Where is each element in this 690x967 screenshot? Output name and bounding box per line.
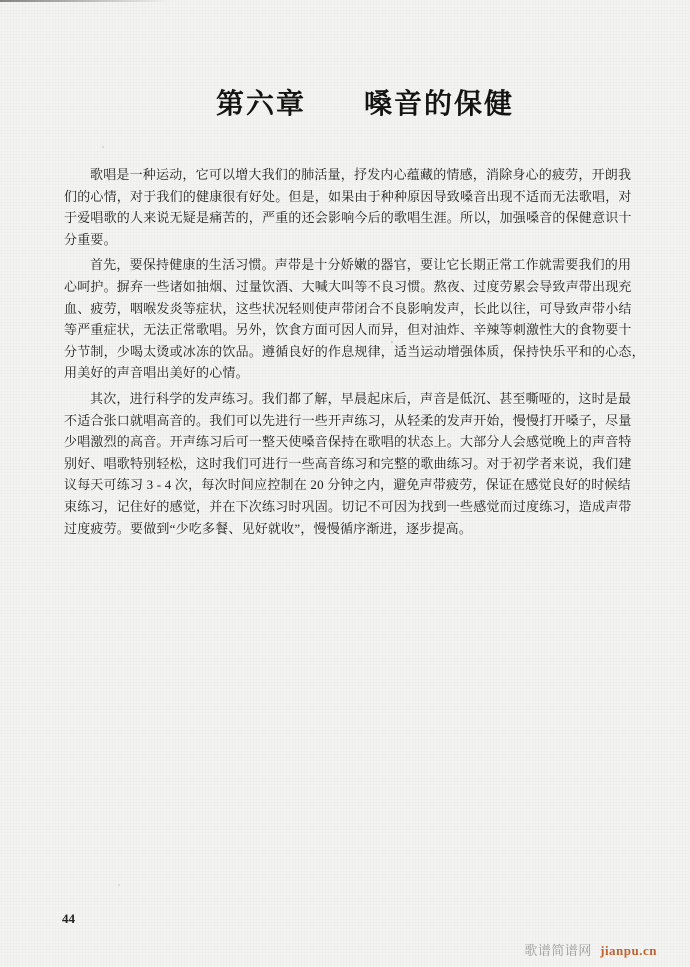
text-line: 血、疲劳，咽喉发炎等症状，这些状况轻则使声带闭合不良影响发声，长此以往，可导致声… (64, 298, 628, 320)
text-line: 心呵护。摒弃一些诸如抽烟、过量饮酒、大喊大叫等不良习惯。熬夜、过度劳累会导致声带… (64, 276, 628, 298)
text-line: 分重要。 (64, 229, 628, 251)
text-line: 等严重症状，无法正常歌唱。另外，饮食方面可因人而异，但对油炸、辛辣等刺激性大的食… (64, 319, 628, 341)
page-number: 44 (62, 911, 75, 927)
text-line: 束练习，记住好的感觉，并在下次练习时巩固。切记不可因为找到一些感觉而过度练习，造… (64, 496, 628, 518)
body-text: 歌唱是一种运动，它可以增大我们的肺活量，抒发内心蕴藏的情感，消除身心的疲劳，开朗… (64, 164, 628, 539)
text-line: 分节制，少喝太烫或冰冻的饮品。遵循良好的作息规律，适当运动增强体质，保持快乐平和… (64, 341, 628, 363)
scanned-book-page: 第六章 嗓音的保健 歌唱是一种运动，它可以增大我们的肺活量，抒发内心蕴藏的情感，… (0, 0, 690, 967)
chapter-title: 第六章 嗓音的保健 (0, 82, 690, 122)
chapter-number: 第六章 (216, 89, 306, 120)
text-line: 不适合张口就唱高音的。我们可以先进行一些开声练习，从轻柔的发声开始，慢慢打开嗓子… (64, 410, 628, 432)
text-line: 们的心情，对于我们的健康很有好处。但是，如果由于种种原因导致嗓音出现不适而无法歌… (64, 186, 628, 208)
scan-speck (102, 146, 104, 148)
text-line: 用美好的声音唱出美好的心情。 (64, 362, 628, 384)
scan-speck (118, 884, 120, 886)
text-line: 于爱唱歌的人来说无疑是痛苦的，严重的还会影响今后的歌唱生涯。所以，加强嗓音的保健… (64, 207, 628, 229)
text-line: 首先，要保持健康的生活习惯。声带是十分娇嫩的器官，要让它长期正常工作就需要我们的… (64, 254, 628, 276)
text-line: 歌唱是一种运动，它可以增大我们的肺活量，抒发内心蕴藏的情感，消除身心的疲劳，开朗… (64, 164, 628, 186)
text-line: 过度疲劳。要做到“少吃多餐、见好就收”，慢慢循序渐进，逐步提高。 (64, 518, 628, 540)
watermark-site-url: jianpu.cn (600, 943, 657, 958)
watermark: 歌谱简谱网 jianpu.cn (0, 940, 657, 959)
chapter-name: 嗓音的保健 (364, 89, 514, 120)
scan-artifact-top-edge (0, 0, 170, 2)
text-line: 议每天可练习 3 - 4 次，每次时间应控制在 20 分钟之内，避免声带疲劳，保… (64, 474, 628, 496)
text-line: 少唱激烈的高音。开声练习后可一整天使嗓音保持在歌唱的状态上。大部分人会感觉晚上的… (64, 431, 628, 453)
text-line: 其次，进行科学的发声练习。我们都了解，早晨起床后，声音是低沉、甚至嘶哑的，这时是… (64, 388, 628, 410)
text-line: 别好、唱歌特别轻松，这时我们可进行一些高音练习和完整的歌曲练习。对于初学者来说，… (64, 453, 628, 475)
watermark-site-name: 歌谱简谱网 (524, 943, 592, 958)
